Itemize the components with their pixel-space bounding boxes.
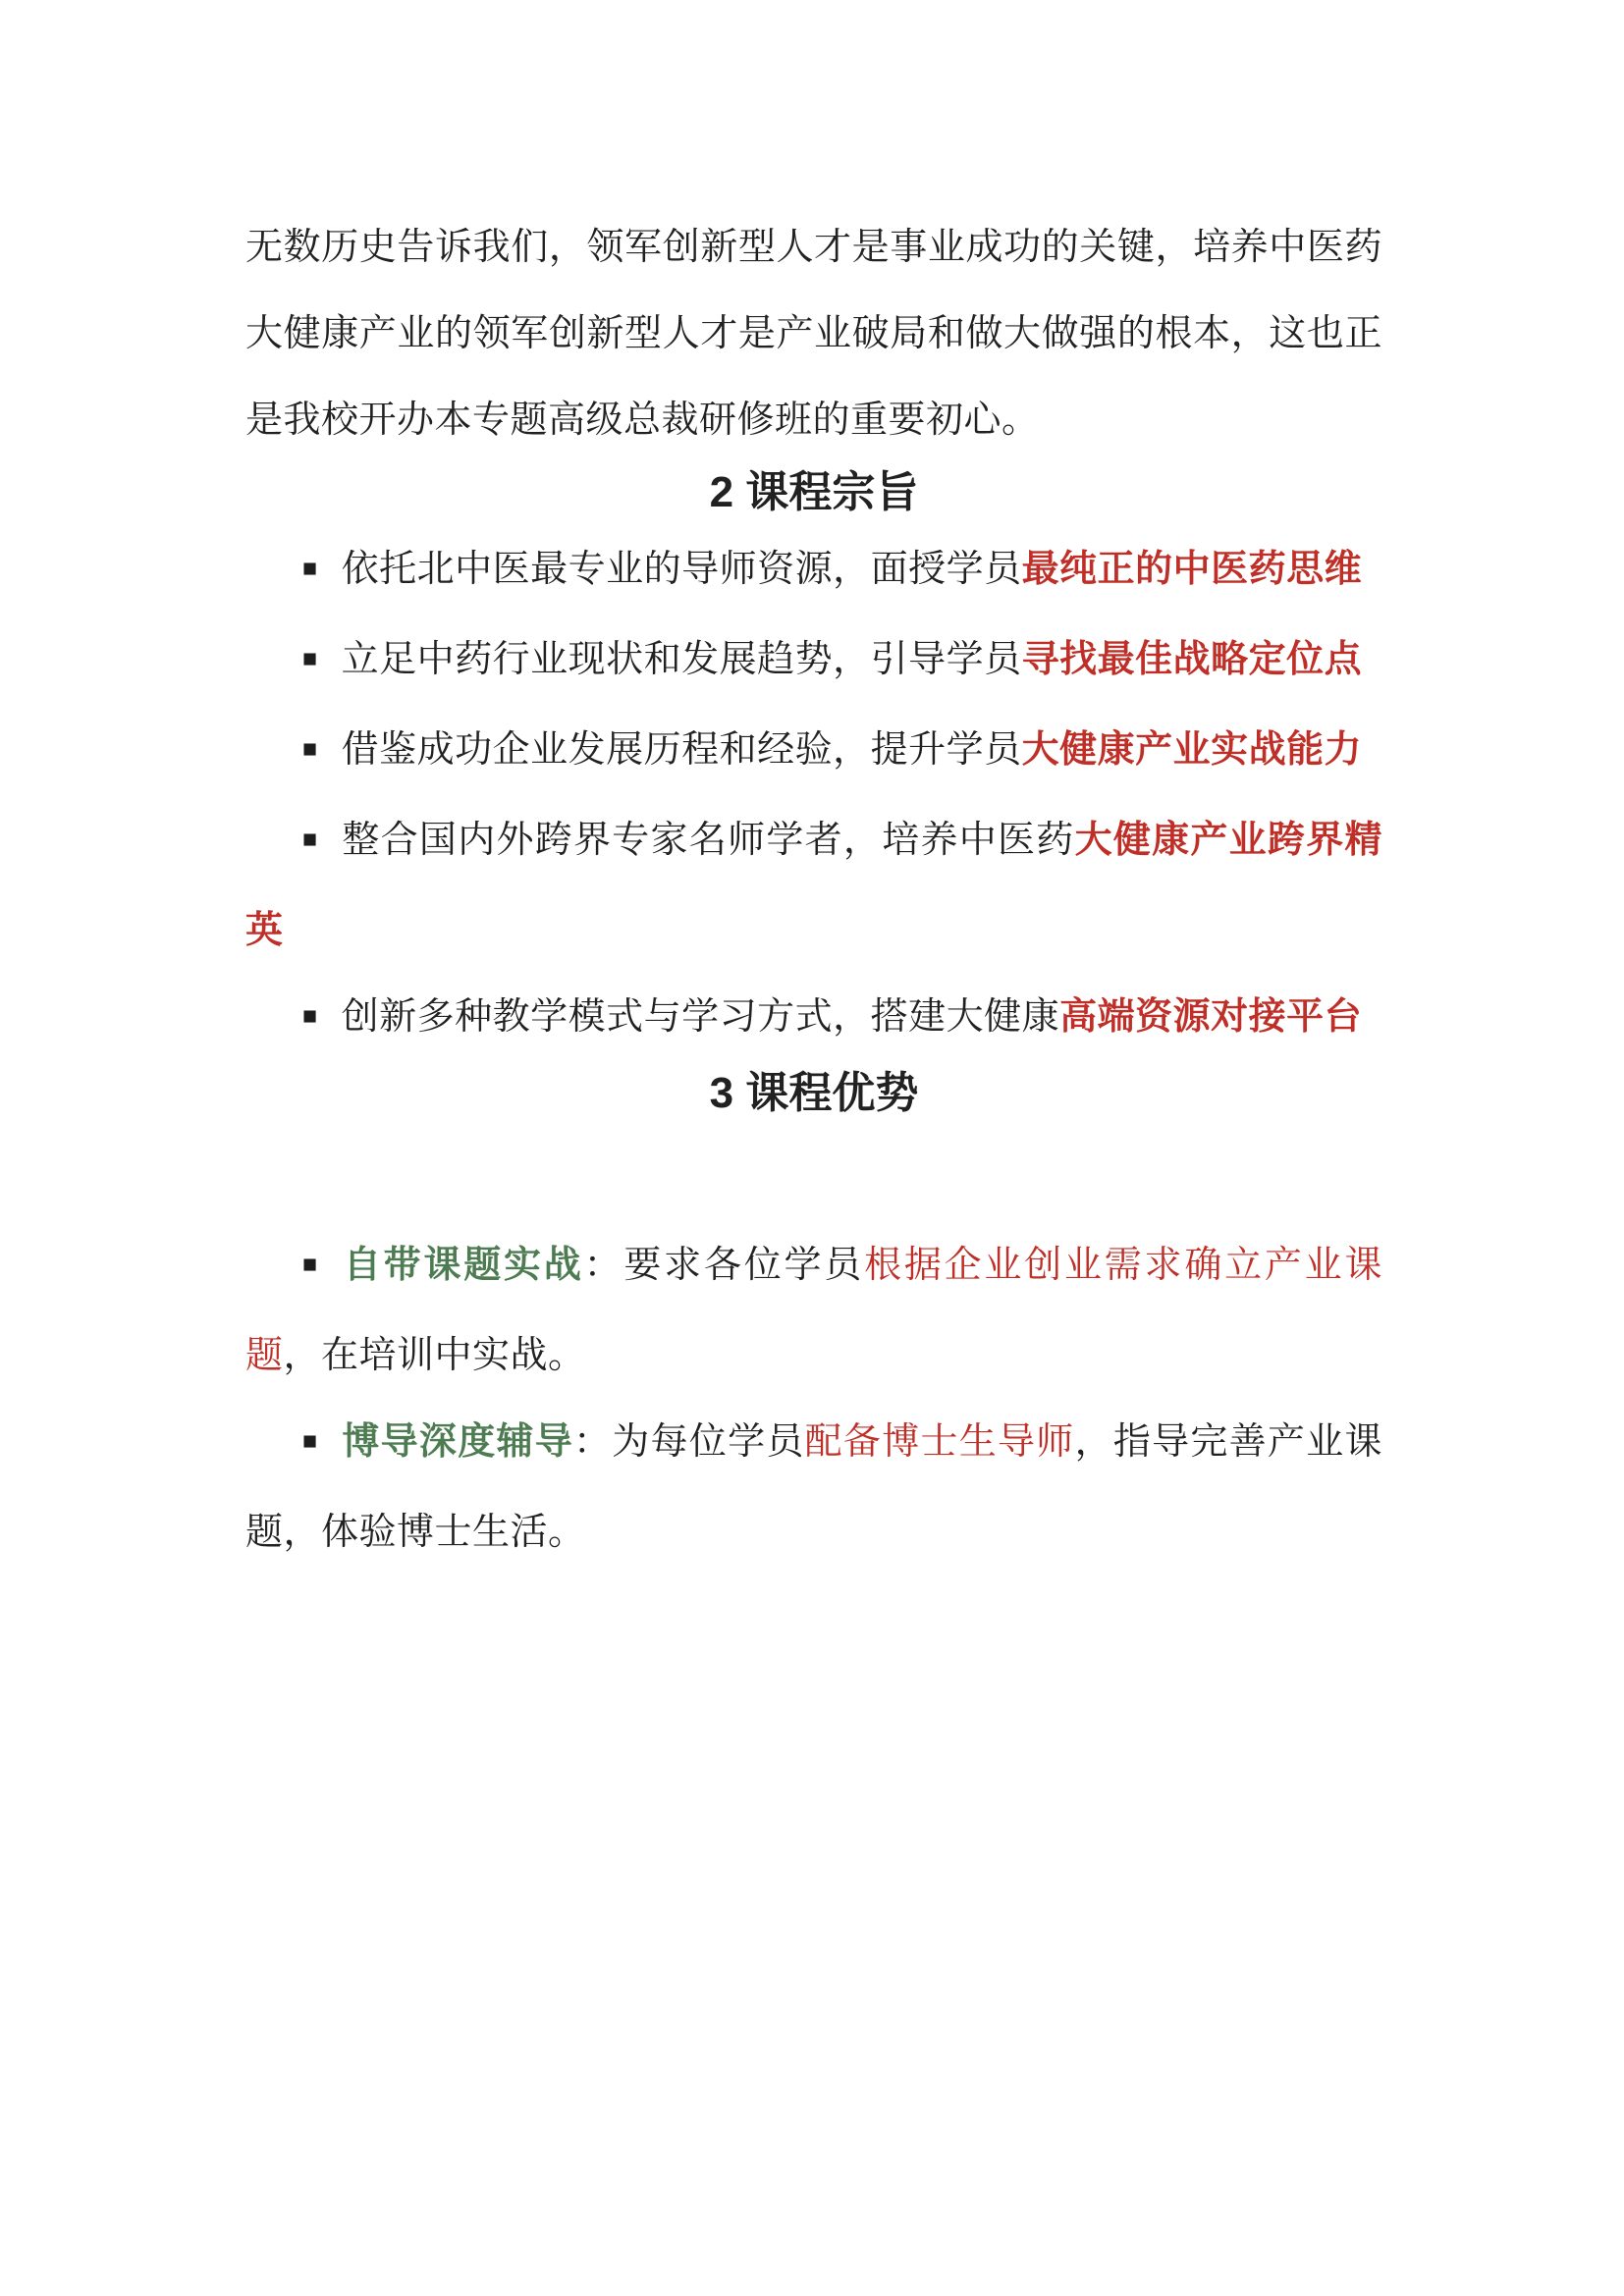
purpose-item-5-lead: 创新多种教学模式与学习方式，搭建大健康: [342, 996, 1060, 1038]
advantage-item-2-lead: ：为每位学员: [573, 1421, 805, 1463]
purpose-item-4-lead: 整合国内外跨界专家名师学者，培养中医药: [342, 820, 1074, 861]
bullet-square-icon: ■: [302, 555, 318, 582]
bullet-square-icon: ■: [302, 645, 318, 672]
advantage-item-1-tail: ，在培训中实战。: [284, 1335, 586, 1376]
purpose-item-2: ■立足中药行业现状和发展趋势，引导学员寻找最佳战略定位点: [245, 616, 1382, 707]
bullet-square-icon: ■: [302, 1427, 318, 1455]
purpose-item-5-highlight: 高端资源对接平台: [1059, 996, 1362, 1038]
section-purpose-heading: 2 课程宗旨: [245, 463, 1382, 522]
advantage-bullet-list: ■自带课题实战：要求各位学员根据企业创业需求确立产业课题，在培训中实战。 ■博导…: [245, 1222, 1382, 1575]
advantage-item-1: ■自带课题实战：要求各位学员根据企业创业需求确立产业课题，在培训中实战。: [245, 1222, 1382, 1399]
advantage-item-1-lead: ：要求各位学员: [584, 1245, 864, 1286]
advantage-item-2: ■博导深度辅导：为每位学员配备博士生导师，指导完善产业课题，体验博士生活。: [245, 1399, 1382, 1575]
advantage-item-1-label: 自带课题实战: [344, 1245, 584, 1286]
purpose-item-3-lead: 借鉴成功企业发展历程和经验，提升学员: [342, 729, 1022, 771]
advantage-item-2-label: 博导深度辅导: [342, 1421, 573, 1463]
purpose-item-1: ■依托北中医最专业的导师资源，面授学员最纯正的中医药思维: [245, 526, 1382, 616]
purpose-item-3-highlight: 大健康产业实战能力: [1022, 729, 1363, 771]
purpose-item-5: ■创新多种教学模式与学习方式，搭建大健康高端资源对接平台: [245, 974, 1382, 1064]
purpose-item-3: ■借鉴成功企业发展历程和经验，提升学员大健康产业实战能力: [245, 707, 1382, 797]
purpose-bullet-list: ■依托北中医最专业的导师资源，面授学员最纯正的中医药思维 ■立足中药行业现状和发…: [245, 526, 1382, 1064]
intro-text: 无数历史告诉我们，领军创新型人才是事业成功的关键，培养中医药大健康产业的领军创新…: [245, 227, 1382, 441]
purpose-item-1-lead: 依托北中医最专业的导师资源，面授学员: [342, 549, 1022, 590]
bullet-square-icon: ■: [302, 735, 318, 763]
purpose-item-1-highlight: 最纯正的中医药思维: [1022, 549, 1363, 590]
bullet-square-icon: ■: [302, 1251, 320, 1278]
bullet-square-icon: ■: [302, 1002, 318, 1030]
section-advantage-heading: 3 课程优势: [245, 1064, 1382, 1123]
document-content: 无数历史告诉我们，领军创新型人才是事业成功的关键，培养中医药大健康产业的领军创新…: [245, 204, 1382, 1575]
purpose-item-2-highlight: 寻找最佳战略定位点: [1022, 639, 1363, 680]
document-page: { "colors": { "body_text": "#212121", "h…: [0, 0, 1624, 2296]
bullet-square-icon: ■: [302, 826, 318, 853]
intro-paragraph: 无数历史告诉我们，领军创新型人才是事业成功的关键，培养中医药大健康产业的领军创新…: [245, 204, 1382, 463]
advantage-item-2-highlight: 配备博士生导师: [805, 1421, 1075, 1463]
purpose-item-4: ■整合国内外跨界专家名师学者，培养中医药大健康产业跨界精英: [245, 797, 1382, 974]
purpose-item-2-lead: 立足中药行业现状和发展趋势，引导学员: [342, 639, 1022, 680]
